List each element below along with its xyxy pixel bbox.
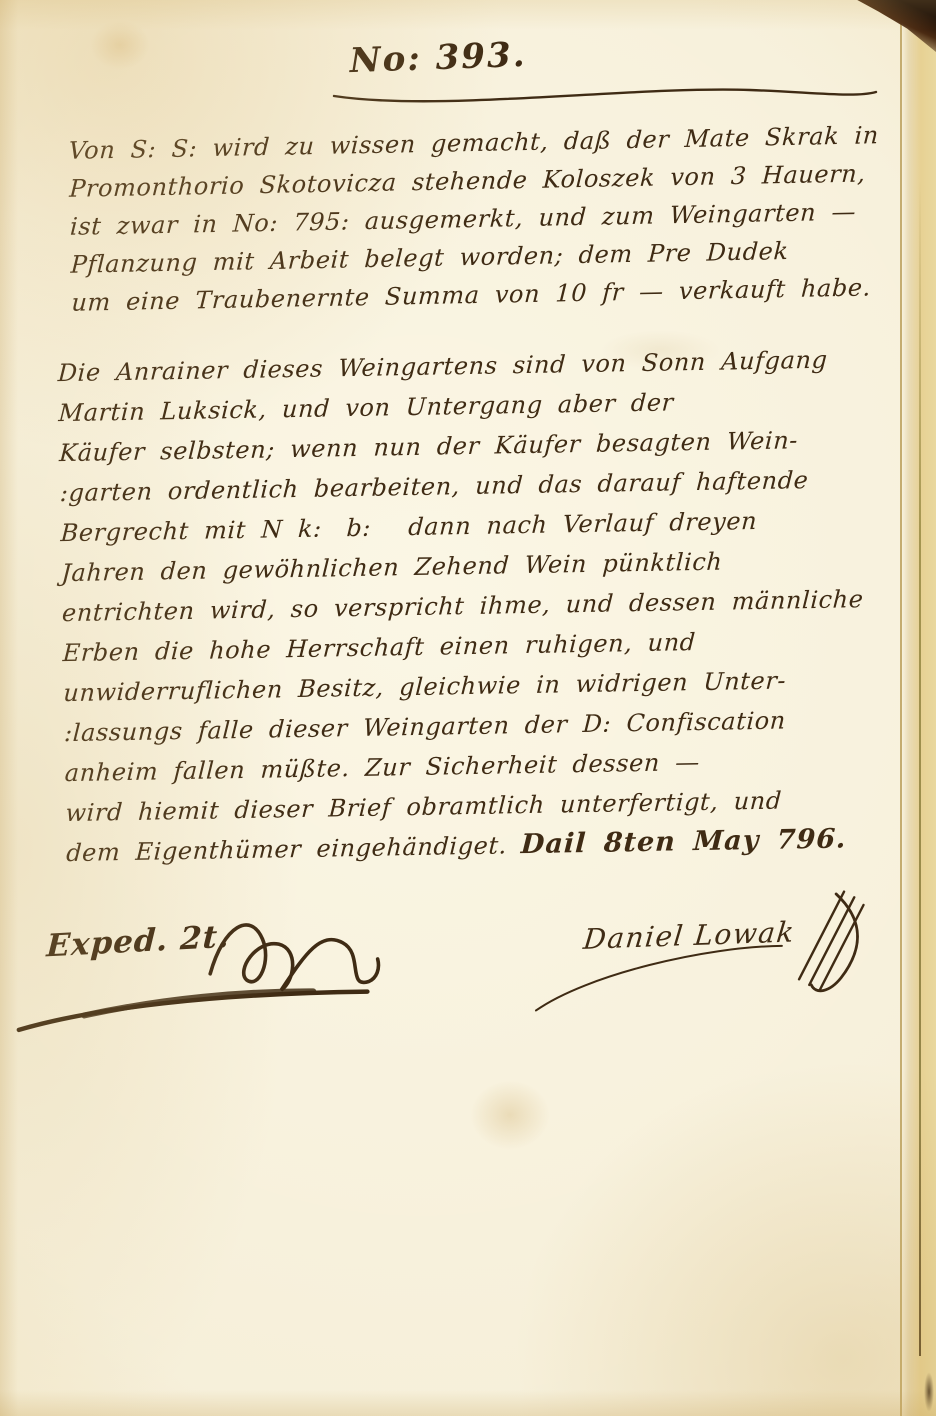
manuscript-photo: No: 393. Von S: S: wird zu wissen gemach… — [0, 0, 936, 1416]
paragraph-2: Die Anrainer dieses Weingartens sind von… — [58, 339, 883, 873]
paragraph-1: Von S: S: wird zu wissen gemacht, daß de… — [68, 116, 881, 322]
manuscript-line-text: dem Eigenthümer eingehändiget. — [66, 831, 508, 867]
page-edge — [900, 0, 936, 1416]
signature-paraph-flourish — [778, 884, 882, 1002]
title-underline-flourish — [330, 80, 880, 114]
expedition-block: Exped. 2t. — [33, 891, 380, 1049]
expedition-underline-flourish — [13, 973, 375, 1036]
paper-stain — [470, 1080, 550, 1150]
dateline: Dail 8ten May 796. — [520, 823, 847, 860]
signature-block: Daniel Lowak — [554, 884, 888, 1015]
page-corner-speck — [924, 1372, 934, 1412]
